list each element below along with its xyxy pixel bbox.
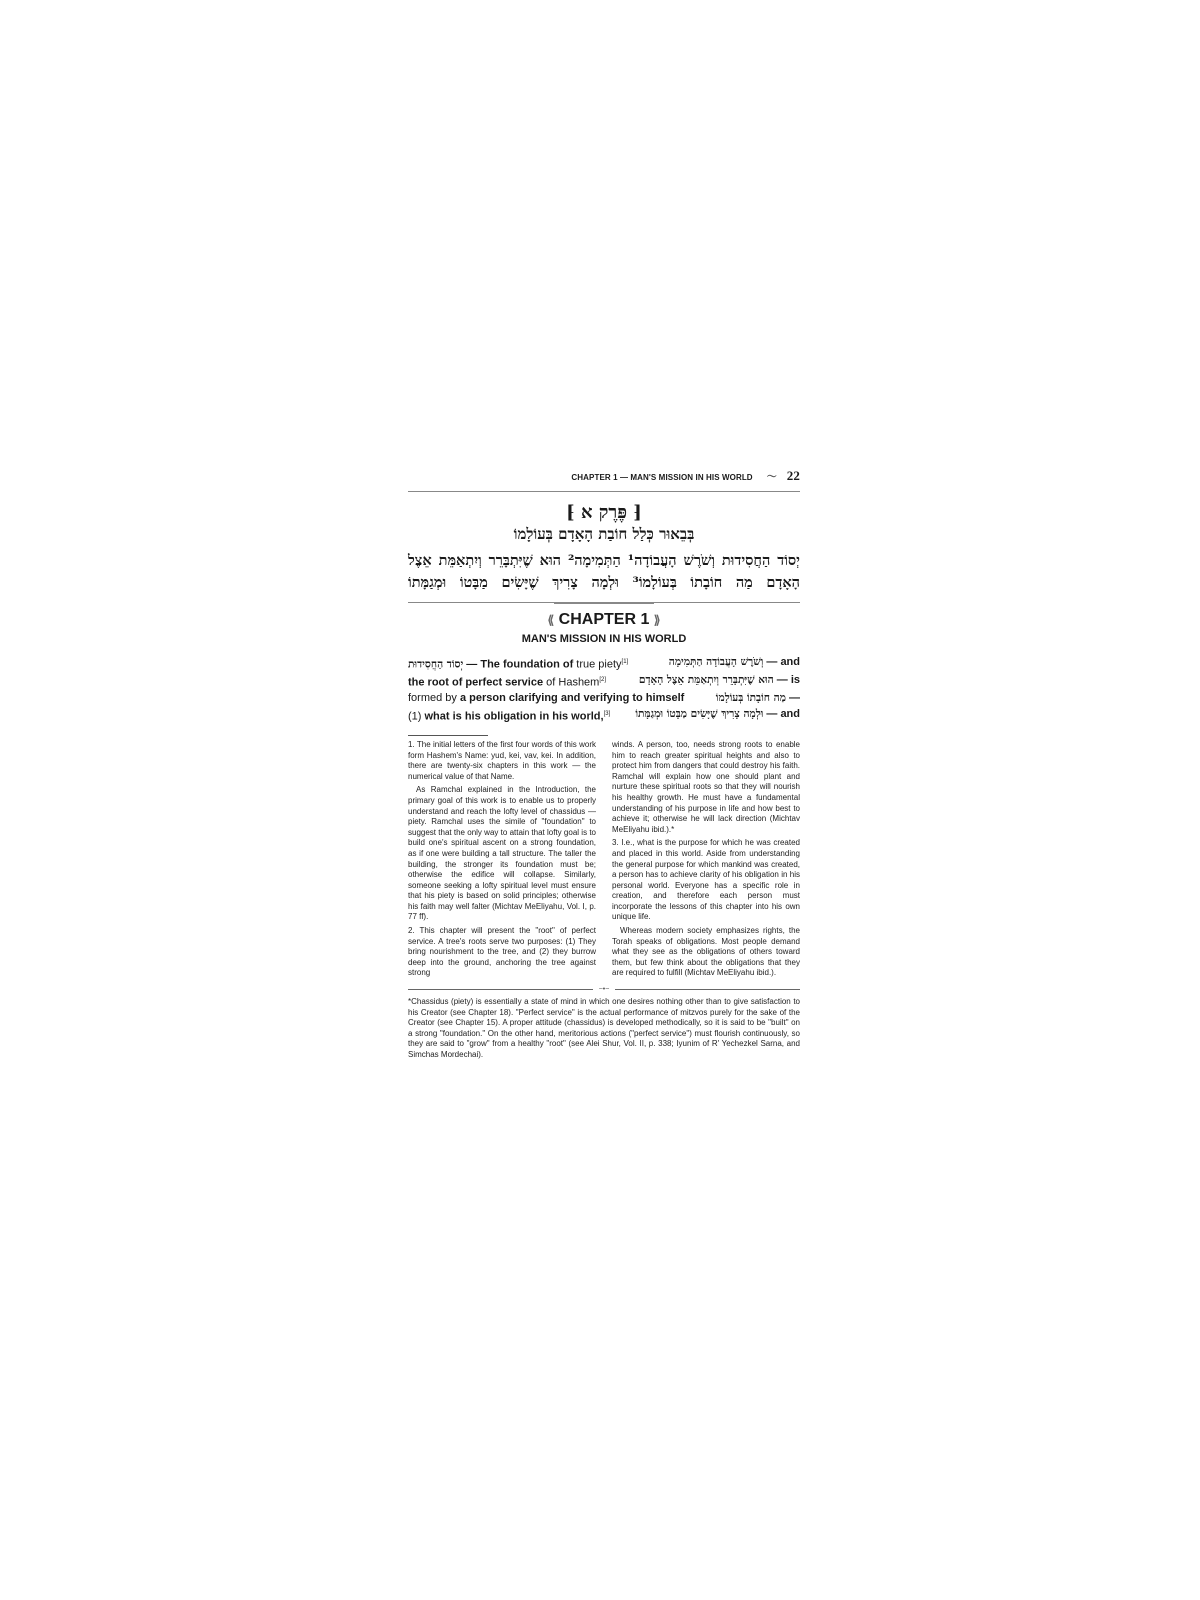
hebrew-phrase: וְשֹׁרֶשׁ הָעֲבוֹדָה הַתְּמִימָה [669, 656, 764, 668]
left-ornament-icon: ⟪ [548, 613, 555, 627]
hebrew-phrase: יְסוֹד הַחֲסִידוּת [408, 659, 463, 671]
star-note: *Chassidus (piety) is essentially a stat… [408, 997, 800, 1061]
hebrew-phrase: הוּא שֶׁיִּתְבָּרֵר וְיִתְאַמֵּת אֵצֶל ה… [639, 674, 774, 686]
chapter-subtitle: MAN'S MISSION IN HIS WORLD [408, 633, 800, 645]
english-bold: — and [763, 656, 800, 668]
english-bold: what is his obligation in his world, [425, 710, 604, 722]
right-ornament-icon: ⟫ [654, 613, 661, 627]
chapter-title: ⟪ CHAPTER 1 ⟫ [408, 611, 800, 629]
footnote: 2. This chapter will present the "root" … [408, 926, 596, 979]
flourish-ornament-icon: 〜 [767, 468, 777, 483]
footnote-ref: [3] [604, 711, 611, 717]
footnote: Whereas modern society emphasizes rights… [612, 926, 800, 979]
translation-line: formed by a person clarifying and verify… [408, 691, 800, 707]
book-page: CHAPTER 1 — MAN'S MISSION IN HIS WORLD 〜… [408, 468, 800, 1061]
english-bold: the root of perfect service [408, 677, 543, 689]
english-bold: — [786, 692, 800, 704]
footnotes: 1. The initial letters of the first four… [408, 740, 800, 982]
hebrew-phrase: וּלְמָה צָרִיךְ שֶׁיָּשִׂים מַבָּטוֹ וּמ… [635, 708, 763, 720]
english-bold: — is [774, 674, 800, 686]
separator-ornament-icon: ~•~ [599, 986, 610, 993]
english-bold: — and [763, 708, 800, 720]
running-head-title: CHAPTER 1 — MAN'S MISSION IN HIS WORLD [571, 473, 752, 482]
hebrew-source-text: יְסוֹד הַחֲסִידוּת וְשֹׁרֶשׁ הָעֲבוֹדָה¹… [408, 550, 800, 594]
english-bold: — The foundation of [463, 659, 573, 671]
footnote-rule [408, 735, 488, 736]
translation-block: יְסוֹד הַחֲסִידוּת — The foundation of t… [408, 655, 800, 725]
hebrew-phrase: מַה חוֹבָתוֹ בְּעוֹלָמוֹ [716, 692, 786, 704]
footnotes-right-column: winds. A person, too, needs strong roots… [612, 740, 800, 982]
translation-line: (1) what is his obligation in his world,… [408, 707, 800, 725]
page-number: 22 [787, 468, 800, 484]
footnote: 3. I.e., what is the purpose for which h… [612, 838, 800, 923]
footnote: As Ramchal explained in the Introduction… [408, 785, 596, 923]
hebrew-chapter-heading: ⁅ פֶּרֶק א ⁆ [408, 502, 800, 523]
running-head: CHAPTER 1 — MAN'S MISSION IN HIS WORLD 〜… [408, 468, 800, 492]
section-divider [408, 602, 800, 603]
star-note-separator: ~•~ [408, 986, 800, 993]
english-text: (1) [408, 710, 425, 722]
footnote-ref: [1] [622, 659, 629, 665]
english-text: true piety [573, 659, 621, 671]
chapter-title-text: CHAPTER 1 [559, 611, 650, 628]
english-text: formed by [408, 692, 460, 704]
footnote: 1. The initial letters of the first four… [408, 740, 596, 782]
footnotes-left-column: 1. The initial letters of the first four… [408, 740, 596, 982]
english-bold: a person clarifying and verifying to him… [460, 692, 684, 704]
english-text: of Hashem [543, 677, 599, 689]
translation-line: יְסוֹד הַחֲסִידוּת — The foundation of t… [408, 655, 800, 673]
translation-line: the root of perfect service of Hashem[2]… [408, 673, 800, 691]
footnote: winds. A person, too, needs strong roots… [612, 740, 800, 835]
footnote-ref: [2] [599, 677, 606, 683]
hebrew-chapter-title: בְּבֵאוּר כְּלַל חוֹבַת הָאָדָם בְּעוֹלָ… [408, 525, 800, 544]
